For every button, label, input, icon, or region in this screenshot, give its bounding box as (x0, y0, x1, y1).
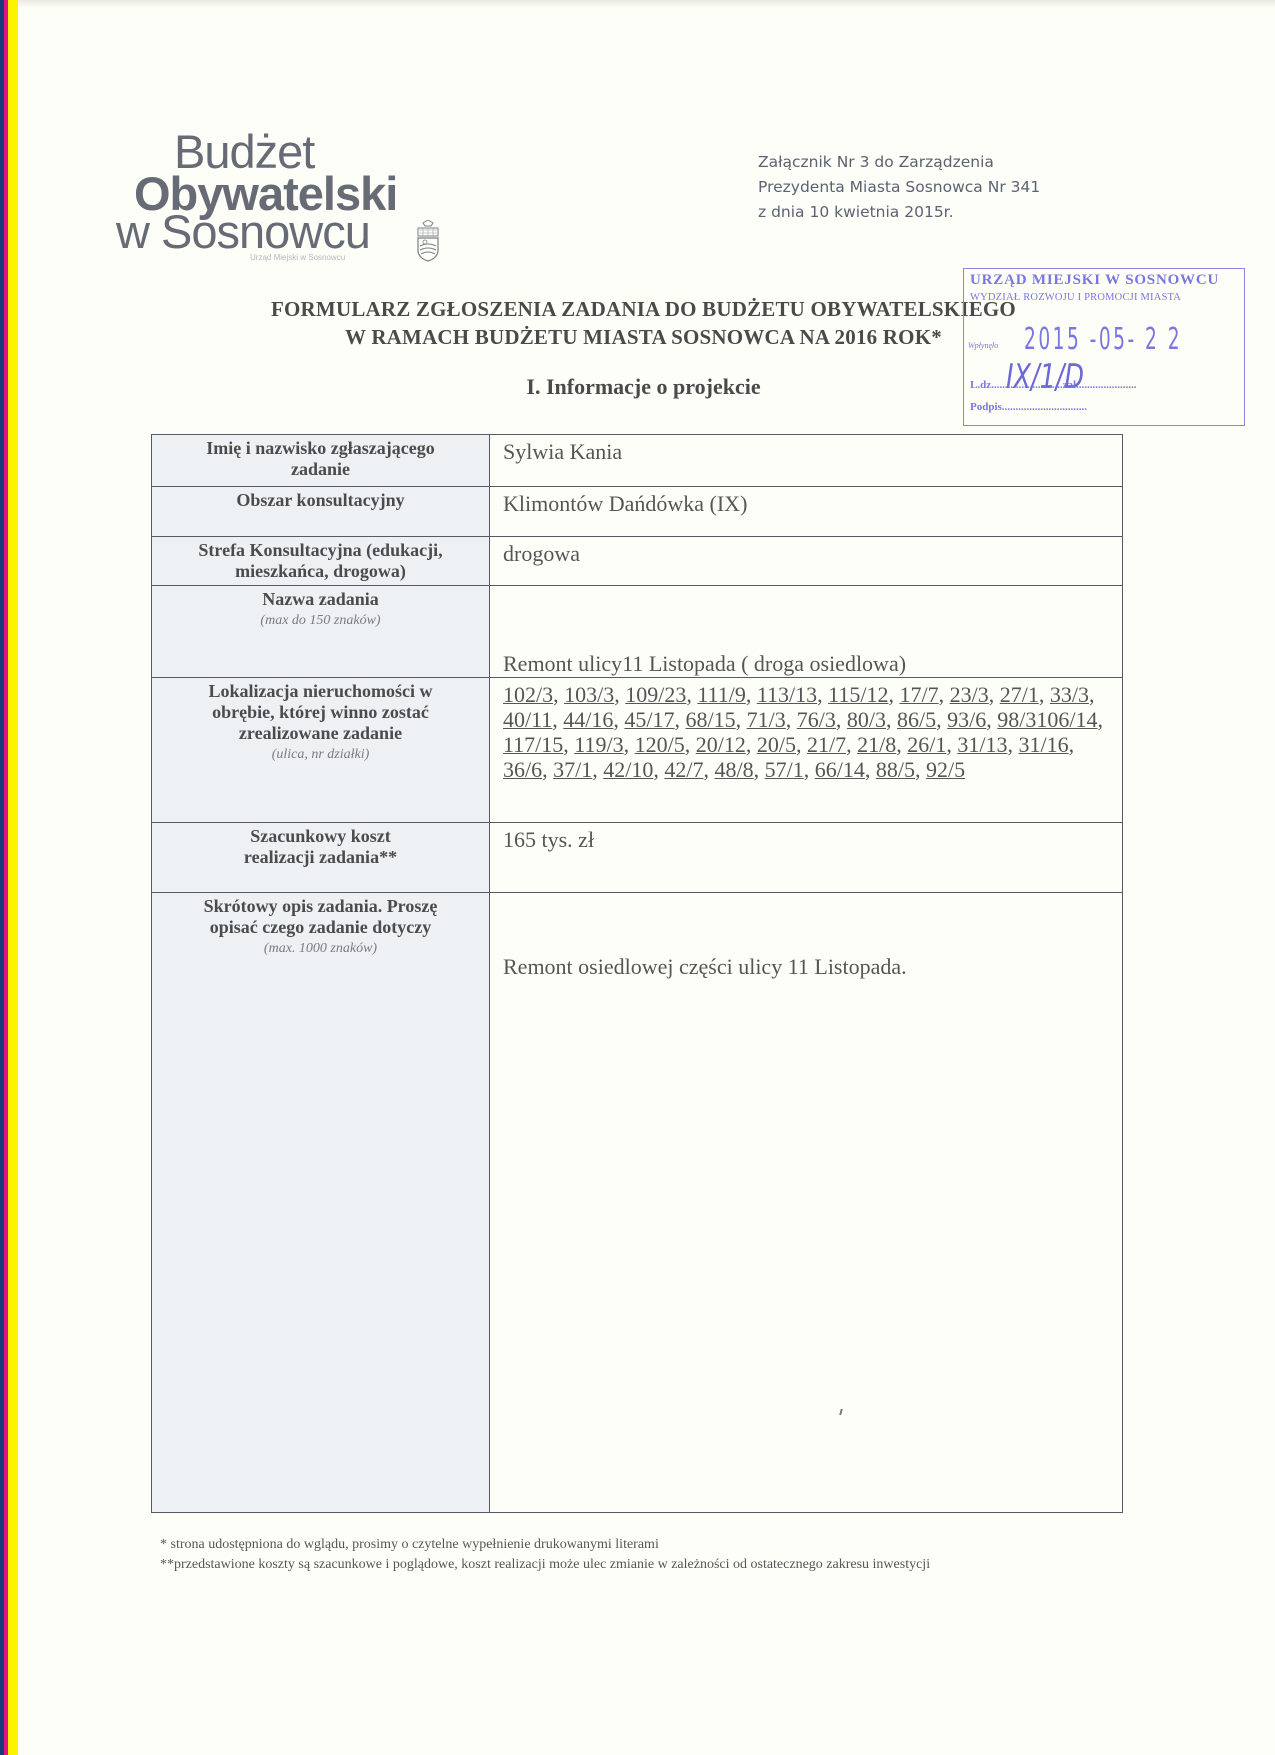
received-stamp: URZĄD MIEJSKI W SOSNOWCU WYDZIAŁ ROZWOJU… (963, 268, 1245, 426)
annex-line: z dnia 10 kwietnia 2015r. (758, 200, 1040, 225)
parcel-link[interactable]: 88/5 (876, 757, 915, 782)
project-info-table: Imię i nazwisko zgłaszającego zadanie Sy… (151, 434, 1123, 1513)
table-row: Skrótowy opis zadania. Proszę opisać cze… (152, 893, 1123, 1513)
coat-of-arms-icon (415, 220, 441, 262)
parcel-link[interactable]: 17/7 (899, 682, 938, 707)
parcel-link[interactable]: 102/3 (503, 682, 553, 707)
parcel-link[interactable]: 113/13 (757, 682, 817, 707)
budget-logo: Budżet Obywatelski w Sosnowcu Urząd Miej… (110, 128, 470, 273)
table-row: Szacunkowy koszt realizacji zadania** 16… (152, 823, 1123, 893)
field-label-text: Obszar konsultacyjny (236, 490, 404, 510)
parcel-link[interactable]: 27/1 (1000, 682, 1039, 707)
parcel-link[interactable]: 33/3 (1050, 682, 1089, 707)
table-row: Imię i nazwisko zgłaszającego zadanie Sy… (152, 435, 1123, 487)
parcel-link[interactable]: 40/11 (503, 707, 552, 732)
parcel-link[interactable]: 68/15 (686, 707, 736, 732)
parcel-list: 102/3, 103/3, 109/23, 111/9, 113/13, 115… (490, 678, 1123, 823)
field-label-text: Szacunkowy koszt realizacji zadania** (152, 826, 489, 868)
field-label: Nazwa zadania (max do 150 znaków) (152, 586, 490, 678)
parcel-link[interactable]: 120/5 (635, 732, 685, 757)
parcel-link[interactable]: 20/12 (696, 732, 746, 757)
stamp-signature-label: Podpis............................... (970, 401, 1087, 413)
parcel-link[interactable]: 26/1 (907, 732, 946, 757)
parcel-link[interactable]: 103/3 (564, 682, 614, 707)
table-row: Nazwa zadania (max do 150 znaków) Remont… (152, 586, 1123, 678)
parcel-link[interactable]: 86/5 (897, 707, 936, 732)
task-name-field[interactable]: Remont ulicy11 Listopada ( droga osiedlo… (490, 586, 1123, 678)
parcel-link[interactable]: 119/3 (574, 732, 623, 757)
parcel-link[interactable]: 31/13 (957, 732, 1007, 757)
table-row: Lokalizacja nieruchomości w obrębie, któ… (152, 678, 1123, 823)
parcel-link[interactable]: 92/5 (926, 757, 965, 782)
field-label-text: Imię i nazwisko zgłaszającego zadanie (152, 438, 489, 480)
logo-subtitle: Urząd Miejski w Sosnowcu (250, 253, 345, 262)
annex-line: Załącznik Nr 3 do Zarządzenia (758, 150, 1040, 175)
parcel-link[interactable]: 42/10 (603, 757, 653, 782)
footnote: * strona udostępniona do wglądu, prosimy… (160, 1535, 1060, 1555)
parcel-link[interactable]: 37/1 (553, 757, 592, 782)
parcel-link[interactable]: 66/14 (815, 757, 865, 782)
parcel-link[interactable]: 98/3106/14 (997, 707, 1097, 732)
stamp-office: URZĄD MIEJSKI W SOSNOWCU (970, 272, 1219, 289)
field-hint: (max do 150 znaków) (152, 610, 489, 631)
parcel-link[interactable]: 109/23 (625, 682, 686, 707)
parcel-link[interactable]: 111/9 (697, 682, 745, 707)
parcel-link[interactable]: 117/15 (503, 732, 563, 757)
parcel-link[interactable]: 45/17 (624, 707, 674, 732)
parcel-link[interactable]: 31/16 (1018, 732, 1068, 757)
parcel-link[interactable]: 57/1 (765, 757, 804, 782)
stamp-received-date: 2015 -05- 2 2 (1024, 322, 1182, 357)
parcel-link[interactable]: 71/3 (747, 707, 786, 732)
parcel-link[interactable]: 21/8 (857, 732, 896, 757)
task-description-field[interactable]: Remont osiedlowej części ulicy 11 Listop… (490, 893, 1123, 1513)
field-label: Lokalizacja nieruchomości w obrębie, któ… (152, 678, 490, 823)
parcel-link[interactable]: 93/6 (947, 707, 986, 732)
field-label: Skrótowy opis zadania. Proszę opisać cze… (152, 893, 490, 1513)
parcel-link[interactable]: 42/7 (664, 757, 703, 782)
task-description-text: Remont osiedlowej części ulicy 11 Listop… (503, 954, 1122, 979)
scan-edge-strip-yellow (8, 0, 18, 1755)
applicant-name-field[interactable]: Sylwia Kania (490, 435, 1123, 487)
parcel-link[interactable]: 115/12 (828, 682, 888, 707)
scan-top-shade (18, 0, 1275, 8)
parcel-link[interactable]: 76/3 (797, 707, 836, 732)
parcel-link[interactable]: 21/7 (807, 732, 846, 757)
estimated-cost-field[interactable]: 165 tys. zł (490, 823, 1123, 893)
field-label-text: Skrótowy opis zadania. Proszę opisać cze… (152, 896, 489, 938)
parcel-link[interactable]: 23/3 (950, 682, 989, 707)
logo-line-3: w Sosnowcu (116, 208, 370, 255)
consultation-area-field[interactable]: Klimontów Dańdówka (IX) (490, 487, 1123, 537)
field-label-text: Lokalizacja nieruchomości w obrębie, któ… (152, 681, 489, 744)
field-label: Imię i nazwisko zgłaszającego zadanie (152, 435, 490, 487)
table-row: Obszar konsultacyjny Klimontów Dańdówka … (152, 487, 1123, 537)
stamp-received-label: Wpłynęło (968, 341, 998, 350)
stamp-ldz-handwritten: IX/1/D (1006, 357, 1084, 397)
annex-line: Prezydenta Miasta Sosnowca Nr 341 (758, 175, 1040, 200)
field-label: Obszar konsultacyjny (152, 487, 490, 537)
footnote: **przedstawione koszty są szacunkowe i p… (160, 1555, 1060, 1575)
stamp-ldz-label: L.dz..........................zał.......… (970, 379, 1137, 391)
annex-reference: Załącznik Nr 3 do Zarządzenia Prezydenta… (758, 150, 1040, 225)
field-hint: (max. 1000 znaków) (152, 938, 489, 959)
consultation-zone-field[interactable]: drogowa (490, 537, 1123, 586)
parcel-link[interactable]: 48/8 (715, 757, 754, 782)
parcel-link[interactable]: 80/3 (847, 707, 886, 732)
parcel-link[interactable]: 20/5 (757, 732, 796, 757)
table-row: Strefa Konsultacyjna (edukacji, mieszkań… (152, 537, 1123, 586)
field-label: Strefa Konsultacyjna (edukacji, mieszkań… (152, 537, 490, 586)
parcel-link[interactable]: 44/16 (563, 707, 613, 732)
field-hint: (ulica, nr działki) (152, 744, 489, 765)
footnotes: * strona udostępniona do wglądu, prosimy… (160, 1535, 1060, 1575)
field-label-text: Nazwa zadania (262, 589, 379, 609)
field-label: Szacunkowy koszt realizacji zadania** (152, 823, 490, 893)
parcel-link[interactable]: 36/6 (503, 757, 542, 782)
field-label-text: Strefa Konsultacyjna (edukacji, mieszkań… (152, 540, 489, 582)
stamp-department: WYDZIAŁ ROZWOJU I PROMOCJI MIASTA (970, 292, 1181, 303)
